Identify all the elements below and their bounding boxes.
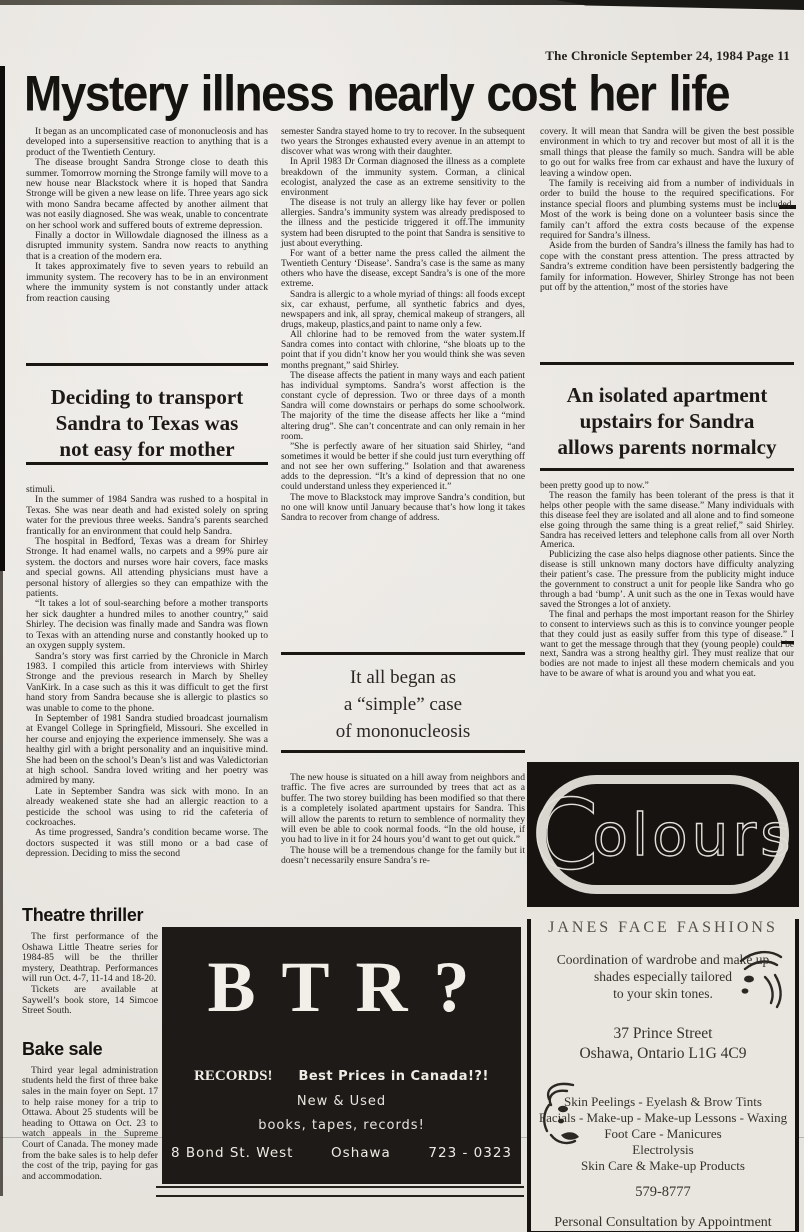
paragraph: The disease affects the patient in many … <box>281 371 525 442</box>
paragraph: The house will be a tremendous change fo… <box>281 846 525 867</box>
divider-rule <box>26 462 268 465</box>
paragraph: In September of 1981 Sandra studied broa… <box>26 714 268 787</box>
colours-address: 37 Prince StreetOshawa, Ontario L1G 4C9 <box>531 1024 795 1064</box>
paragraph: Late in September Sandra was sick with m… <box>26 787 268 829</box>
paragraph: In April 1983 Dr Corman diagnosed the il… <box>281 157 525 198</box>
news-briefs-column: Theatre thriller The first performance o… <box>22 905 158 1182</box>
subhead-isolated-apartment: An isolated apartmentupstairs for Sandra… <box>540 382 794 460</box>
subhead-deciding-to-transport: Deciding to transportSandra to Texas was… <box>26 384 268 462</box>
hand-sketch-icon <box>735 947 787 1016</box>
subhead-line: not easy for mother <box>26 436 268 462</box>
scan-artifact-top-right <box>556 0 804 10</box>
paragraph: Tickets are available at Saywell’s book … <box>22 985 158 1017</box>
paragraph: Sandra’s story was first carried by the … <box>26 652 268 714</box>
paragraph: Aside from the burden of Sandra’s illnes… <box>540 241 794 293</box>
pull-quote-line: a “simple” case <box>281 691 525 718</box>
paragraph: The final and perhaps the most important… <box>540 611 794 680</box>
address-line: 37 Prince Street <box>531 1024 795 1044</box>
divider-rule <box>540 468 794 471</box>
colours-logo: Colours <box>527 762 799 907</box>
paragraph: It began as an uncomplicated case of mon… <box>26 127 268 158</box>
scan-artifact-left-bar <box>0 66 5 571</box>
paragraph: The first performance of the Oshawa Litt… <box>22 932 158 985</box>
address-line: Oshawa, Ontario L1G 4C9 <box>531 1044 795 1064</box>
paragraph: “It takes a lot of soul-searching before… <box>26 599 268 651</box>
paragraph: The hospital in Bedford, Texas was a dre… <box>26 537 268 599</box>
paragraph: The disease is not truly an allergy like… <box>281 198 525 249</box>
double-rule <box>156 1186 524 1197</box>
btr-records-label: RECORDS! <box>194 1068 272 1085</box>
btr-best-prices-label: Best Prices in Canada!?! <box>298 1069 488 1084</box>
paragraph: The reason the family has been tolerant … <box>540 492 794 551</box>
paragraph: The family is receiving aid from a numbe… <box>540 179 794 241</box>
btr-records-ad: BTR? RECORDS! Best Prices in Canada!?! N… <box>163 928 520 1183</box>
article-column-2-bottom: The new house is situated on a hill away… <box>281 773 525 867</box>
main-headline: Mystery illness nearly cost her life <box>24 64 804 122</box>
face-profile-icon <box>537 1079 593 1162</box>
janes-face-fashions-label: JANES FACE FASHIONS <box>531 919 795 937</box>
newspaper-page: The Chronicle September 24, 1984 Page 11… <box>0 0 804 1232</box>
article-column-3-top: covery. It will mean that Sandra will be… <box>540 127 794 294</box>
theatre-thriller-body: The first performance of the Oshawa Litt… <box>22 932 158 1017</box>
divider-rule <box>281 750 525 753</box>
article-column-3-bottom: been pretty good up to now.”The reason t… <box>540 482 794 680</box>
divider-rule <box>281 652 525 655</box>
bake-sale-headline: Bake sale <box>22 1039 158 1060</box>
divider-rule <box>26 363 268 366</box>
subhead-line: An isolated apartment <box>540 382 794 408</box>
paragraph: The new house is situated on a hill away… <box>281 773 525 846</box>
subhead-line: Deciding to transport <box>26 384 268 410</box>
pull-quote-line: of mononucleosis <box>281 718 525 745</box>
btr-new-used-line: New & Used <box>163 1094 520 1109</box>
article-column-2-top: semester Sandra stayed home to try to re… <box>281 127 525 523</box>
colours-logo-rest: olours <box>593 806 795 864</box>
btr-phone: 723 - 0323 <box>428 1145 512 1161</box>
btr-letters: BTR? <box>207 947 495 1027</box>
theatre-thriller-section: Theatre thriller The first performance o… <box>22 905 158 1017</box>
scan-artifact-left-line <box>0 571 3 1196</box>
divider-rule <box>540 362 794 365</box>
paragraph: For want of a better name the press call… <box>281 249 525 290</box>
colours-logo-initial: C <box>532 787 599 883</box>
theatre-thriller-headline: Theatre thriller <box>22 905 158 926</box>
btr-ad-row: RECORDS! Best Prices in Canada!?! <box>163 1068 520 1085</box>
paragraph: It takes approximately five to seven yea… <box>26 262 268 304</box>
colours-logo-panel: Colours <box>527 762 799 907</box>
masthead-dateline: The Chronicle September 24, 1984 Page 11 <box>545 48 790 64</box>
bake-sale-section: Bake sale Third year legal administratio… <box>22 1039 158 1183</box>
bake-sale-body: Third year legal administration students… <box>22 1066 158 1183</box>
paragraph: Publicizing the case also helps diagnose… <box>540 551 794 610</box>
article-column-1-bottom: stimuli.In the summer of 1984 Sandra was… <box>26 485 268 860</box>
btr-address-row: 8 Bond St. West Oshawa 723 - 0323 <box>163 1145 520 1161</box>
subhead-line: upstairs for Sandra <box>540 408 794 434</box>
btr-city: Oshawa <box>331 1145 391 1161</box>
colours-footer: Personal Consultation by Appointment <box>531 1215 795 1231</box>
article-column-1-top: It began as an uncomplicated case of mon… <box>26 127 268 304</box>
pull-quote: It all began asa “simple” caseof mononuc… <box>281 664 525 745</box>
paragraph: In the summer of 1984 Sandra was rushed … <box>26 495 268 537</box>
paragraph: covery. It will mean that Sandra will be… <box>540 127 794 179</box>
paragraph: The move to Blackstock may improve Sandr… <box>281 493 525 523</box>
paragraph: As time progressed, Sandra’s condition b… <box>26 828 268 859</box>
colours-phone: 579-8777 <box>531 1184 795 1201</box>
paragraph: ”She is perfectly aware of her situation… <box>281 442 525 493</box>
btr-street: 8 Bond St. West <box>171 1145 293 1161</box>
subhead-line: Sandra to Texas was <box>26 410 268 436</box>
pull-quote-line: It all began as <box>281 664 525 691</box>
colours-ad-body: JANES FACE FASHIONS Coordination of ward… <box>527 919 799 1232</box>
paragraph: The disease brought Sandra Stronge close… <box>26 158 268 231</box>
colours-fashion-ad: Colours JANES FACE FASHIONS Coordination… <box>527 762 799 1227</box>
paragraph: All chlorine had to be removed from the … <box>281 330 525 371</box>
paragraph: Finally a doctor in Willowdale diagnosed… <box>26 231 268 262</box>
btr-ad-title: BTR? <box>163 942 520 1032</box>
btr-books-line: books, tapes, records! <box>163 1118 520 1133</box>
paragraph: Sandra is allergic to a whole myriad of … <box>281 290 525 331</box>
paragraph: semester Sandra stayed home to try to re… <box>281 127 525 157</box>
paragraph: Third year legal administration students… <box>22 1066 158 1183</box>
subhead-line: allows parents normalcy <box>540 434 794 460</box>
